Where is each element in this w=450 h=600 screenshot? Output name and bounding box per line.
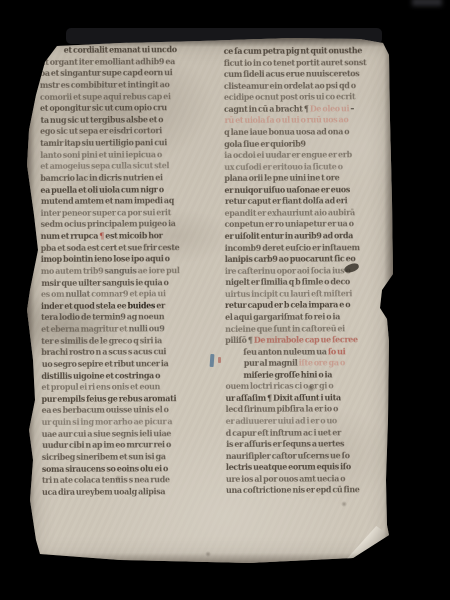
manuscript-photo: et cordialit emanat ui uncdout organt it… (0, 0, 450, 600)
parchment-page: et cordialit emanat ui uncdout organt it… (26, 36, 396, 566)
background-smudge (412, 0, 442, 6)
page-vignette (26, 36, 396, 566)
